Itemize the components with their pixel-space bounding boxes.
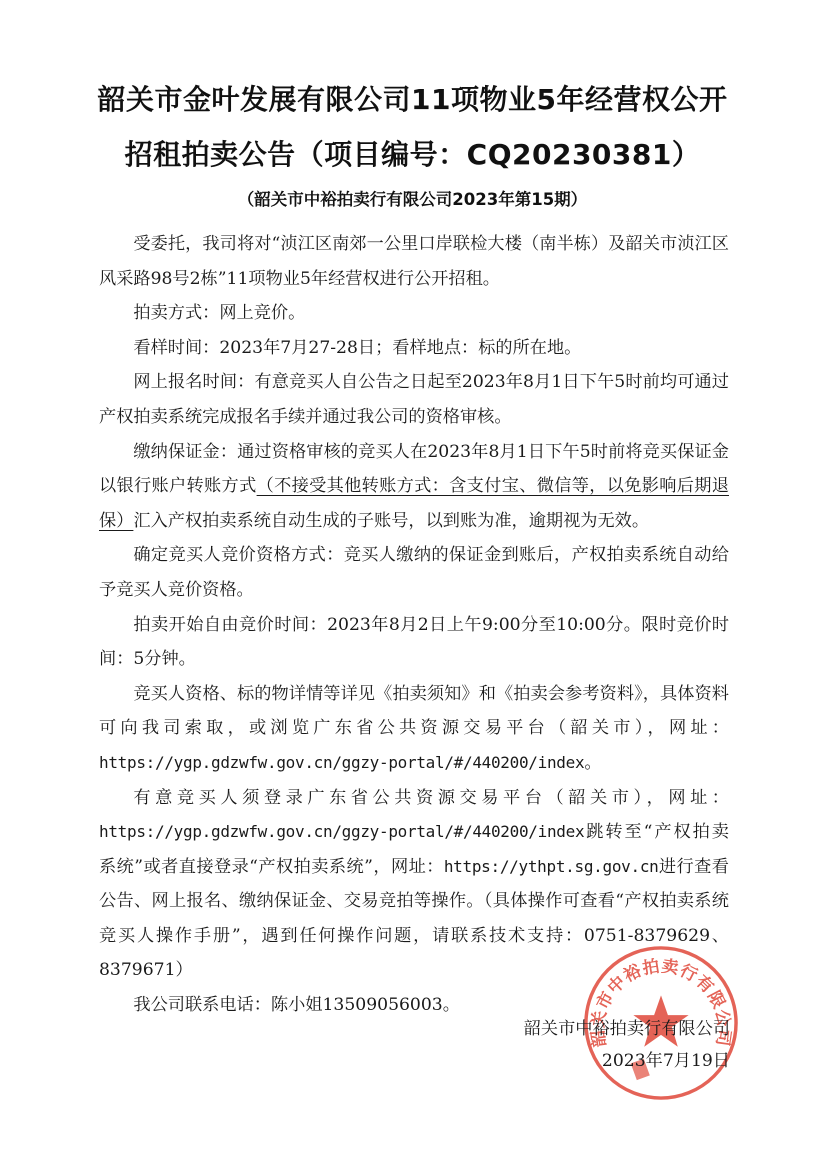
login-text-before: 有意竞买人须登录广东省公共资源交易平台（韶关市），网址： — [133, 788, 729, 808]
paragraph-auction-method: 拍卖方式：网上竞价。 — [99, 296, 729, 331]
document-page: 韶关市金叶发展有限公司11项物业5年经营权公开 招租拍卖公告（项目编号：CQ20… — [0, 0, 825, 1166]
paragraph-registration-time: 网上报名时间：有意竞买人自公告之日起至2023年8月1日下午5时前均可通过产权拍… — [99, 365, 729, 434]
document-body: 受委托，我司将对“浈江区南郊一公里口岸联检大楼（南半栋）及韶关市浈江区风采路98… — [99, 227, 729, 1023]
paragraph-bidding-qualification: 确定竞买人竞价资格方式：竞买人缴纳的保证金到账后，产权拍卖系统自动给予竞买人竞价… — [99, 538, 729, 607]
portal-url-link-2[interactable]: https://ygp.gdzwfw.gov.cn/ggzy-portal/#/… — [99, 822, 584, 841]
paragraph-viewing-time: 看样时间：2023年7月27-28日；看样地点：标的所在地。 — [99, 331, 729, 366]
document-title-line-1: 韶关市金叶发展有限公司11项物业5年经营权公开 — [0, 78, 825, 118]
paragraph-materials: 竞买人资格、标的物详情等详见《拍卖须知》和《拍卖会参考资料》，具体资料可向我司索… — [99, 677, 729, 781]
document-subtitle: （韶关市中裕拍卖行有限公司2023年第15期） — [0, 186, 825, 210]
auction-system-url-link[interactable]: https://ythpt.sg.gov.cn — [444, 857, 659, 876]
signature-date: 2023年7月19日 — [602, 1046, 730, 1071]
deposit-text-after: 汇入产权拍卖系统自动生成的子账号，以到账为准，逾期视为无效。 — [133, 511, 649, 531]
paragraph-entrustment: 受委托，我司将对“浈江区南郊一公里口岸联检大楼（南半栋）及韶关市浈江区风采路98… — [99, 227, 729, 296]
document-title-line-2: 招租拍卖公告（项目编号：CQ20230381） — [0, 133, 825, 173]
signature-company: 韶关市中裕拍卖行有限公司 — [524, 1014, 730, 1039]
materials-text-end: 。 — [584, 753, 601, 773]
paragraph-deposit: 缴纳保证金：通过资格审核的竞买人在2023年8月1日下午5时前将竞买保证金以银行… — [99, 435, 729, 539]
materials-text: 竞买人资格、标的物详情等详见《拍卖须知》和《拍卖会参考资料》，具体资料可向我司索… — [99, 684, 729, 739]
portal-url-link[interactable]: https://ygp.gdzwfw.gov.cn/ggzy-portal/#/… — [99, 753, 584, 772]
paragraph-bidding-time: 拍卖开始自由竞价时间：2023年8月2日上午9:00分至10:00分。限时竞价时… — [99, 608, 729, 677]
